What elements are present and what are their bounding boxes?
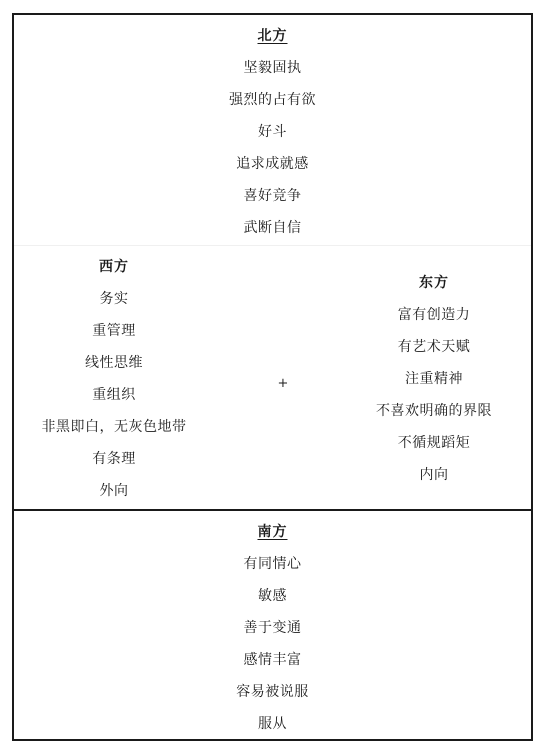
north-item: 好斗: [14, 116, 531, 148]
south-column: 南方 有同情心 敏感 善于变通 感情丰富 容易被说服 服从: [14, 516, 531, 740]
south-item: 服从: [14, 708, 531, 740]
north-item: 喜好竞争: [14, 180, 531, 212]
east-item: 有艺术天赋: [334, 331, 534, 363]
west-item: 外向: [14, 475, 214, 507]
east-item: 内向: [334, 459, 534, 491]
middle-section: 西方 务实 重管理 线性思维 重组织 非黑即白，无灰色地带 有条理 外向 + 东…: [14, 246, 531, 511]
east-item: 不循规蹈矩: [334, 427, 534, 459]
west-item: 务实: [14, 283, 214, 315]
north-item: 追求成就感: [14, 148, 531, 180]
west-item: 线性思维: [14, 347, 214, 379]
west-column: 西方 务实 重管理 线性思维 重组织 非黑即白，无灰色地带 有条理 外向: [14, 251, 214, 507]
east-item: 富有创造力: [334, 299, 534, 331]
east-heading: 东方: [334, 267, 534, 299]
north-item: 强烈的占有欲: [14, 84, 531, 116]
south-item: 有同情心: [14, 548, 531, 580]
west-heading: 西方: [14, 251, 214, 283]
south-section: 南方 有同情心 敏感 善于变通 感情丰富 容易被说服 服从: [14, 509, 531, 741]
north-section: 北方 坚毅固执 强烈的占有欲 好斗 追求成就感 喜好竞争 武断自信: [14, 15, 531, 246]
south-item: 敏感: [14, 580, 531, 612]
west-item: 重组织: [14, 379, 214, 411]
south-heading: 南方: [14, 516, 531, 548]
south-item: 容易被说服: [14, 676, 531, 708]
center-cross-icon: +: [276, 377, 290, 391]
east-item: 注重精神: [334, 363, 534, 395]
north-item: 坚毅固执: [14, 52, 531, 84]
east-column: 东方 富有创造力 有艺术天赋 注重精神 不喜欢明确的界限 不循规蹈矩 内向: [334, 267, 534, 491]
west-item: 重管理: [14, 315, 214, 347]
south-item: 善于变通: [14, 612, 531, 644]
north-item: 武断自信: [14, 212, 531, 244]
compass-diagram-frame: 北方 坚毅固执 强烈的占有欲 好斗 追求成就感 喜好竞争 武断自信 西方 务实 …: [12, 13, 533, 741]
north-heading: 北方: [14, 20, 531, 52]
south-item: 感情丰富: [14, 644, 531, 676]
east-item: 不喜欢明确的界限: [334, 395, 534, 427]
north-column: 北方 坚毅固执 强烈的占有欲 好斗 追求成就感 喜好竞争 武断自信: [14, 20, 531, 244]
west-item: 非黑即白，无灰色地带: [14, 411, 214, 443]
west-item: 有条理: [14, 443, 214, 475]
